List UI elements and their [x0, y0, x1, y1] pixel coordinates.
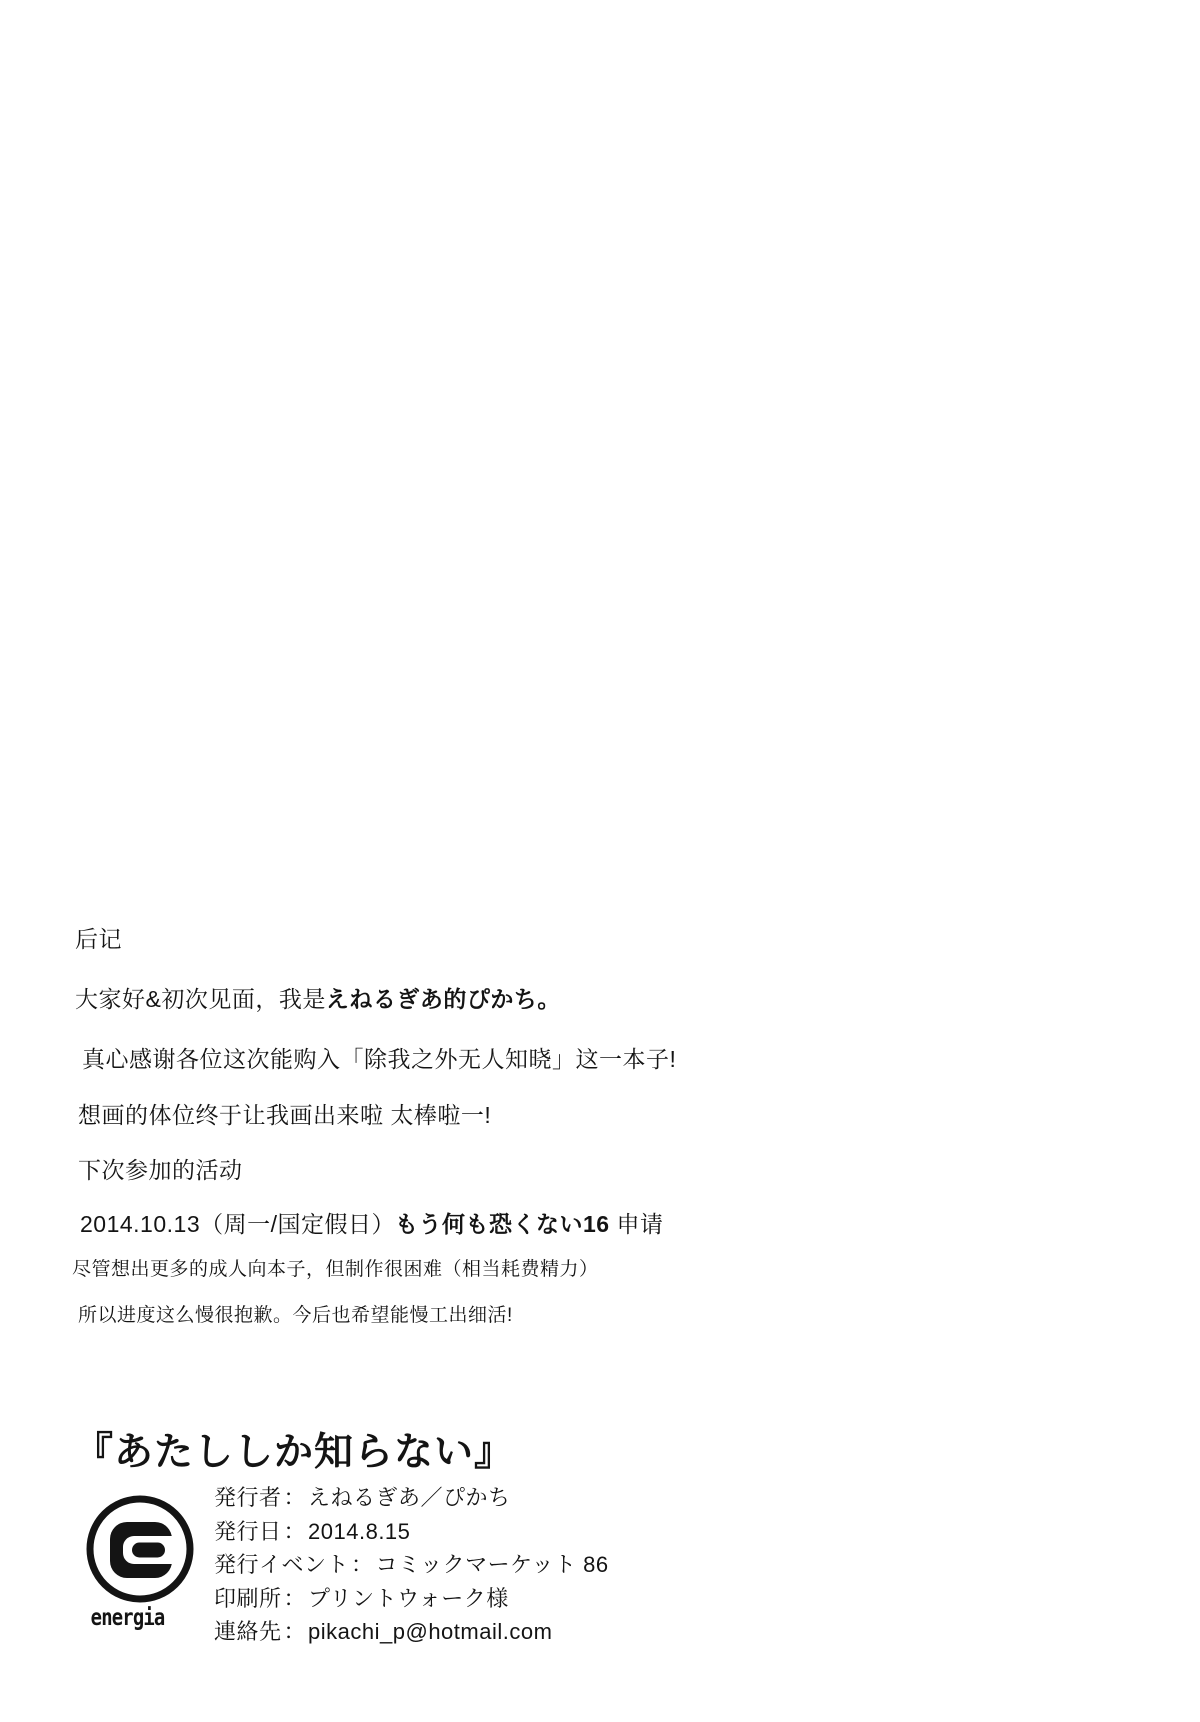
- happy-line: 想画的体位终于让我画出来啦 太棒啦一!: [78, 1102, 491, 1128]
- energia-wordmark: energia: [80, 1605, 175, 1631]
- publisher-label: 発行者: [214, 1485, 282, 1510]
- colophon-row-printer: 印刷所：プリントウォーク様: [214, 1582, 609, 1616]
- thanks-line: 真心感谢各位这次能购入「除我之外无人知晓」这一本子!: [82, 1046, 676, 1072]
- colophon-row-date: 発行日：2014.8.15: [214, 1515, 609, 1549]
- afterword-page: 后记 大家好&初次见面，我是えねるぎあ的ぴかち。 真心感谢各位这次能购入「除我之…: [0, 0, 1200, 1722]
- colophon-row-publisher: 発行者：えねるぎあ／ぴかち: [214, 1481, 609, 1515]
- event-label: 発行イベント: [214, 1552, 349, 1577]
- afterword-heading: 后记: [75, 926, 122, 952]
- note-line-1: 尽管想出更多的成人向本子，但制作很困难（相当耗费精力）: [72, 1259, 599, 1281]
- greeting-line: 大家好&初次见面，我是えねるぎあ的ぴかち。: [75, 986, 561, 1012]
- publisher-value: えねるぎあ／ぴかち: [308, 1485, 511, 1510]
- printer-label: 印刷所: [214, 1586, 282, 1611]
- energia-logo-icon: [85, 1494, 195, 1604]
- greeting-text: 大家好&初次见面，我是: [75, 986, 326, 1012]
- energia-logo: energia: [84, 1494, 196, 1631]
- contact-label: 連絡先: [214, 1619, 282, 1644]
- printer-value: プリントウォーク様: [308, 1586, 509, 1611]
- separator: ：: [282, 1619, 309, 1644]
- separator: ：: [282, 1519, 309, 1544]
- separator: ：: [282, 1586, 309, 1611]
- next-event-line: 2014.10.13（周一/国定假日）もう何も恐くない16 申请: [80, 1211, 664, 1237]
- next-event-date: 2014.10.13（周一/国定假日）: [80, 1211, 395, 1237]
- author-name: えねるぎあ的ぴかち。: [326, 986, 561, 1012]
- date-value: 2014.8.15: [308, 1519, 410, 1544]
- event-value: コミックマーケット 86: [376, 1552, 609, 1577]
- next-event-name: もう何も恐くない16: [395, 1211, 610, 1237]
- date-label: 発行日: [214, 1519, 282, 1544]
- note-line-2: 所以进度这么慢很抱歉。今后也希望能慢工出细活!: [78, 1305, 513, 1327]
- separator: ：: [349, 1552, 376, 1577]
- book-title: 『あたししか知らない』: [74, 1421, 514, 1477]
- colophon-row-event: 発行イベント：コミックマーケット 86: [214, 1548, 609, 1582]
- next-event-label: 下次参加的活动: [78, 1157, 243, 1183]
- contact-email: pikachi_p@hotmail.com: [308, 1619, 552, 1644]
- colophon-info: 発行者：えねるぎあ／ぴかち 発行日：2014.8.15 発行イベント：コミックマ…: [214, 1481, 609, 1649]
- separator: ：: [282, 1485, 309, 1510]
- next-event-status: 申请: [610, 1211, 664, 1237]
- colophon-row-contact: 連絡先：pikachi_p@hotmail.com: [214, 1615, 609, 1649]
